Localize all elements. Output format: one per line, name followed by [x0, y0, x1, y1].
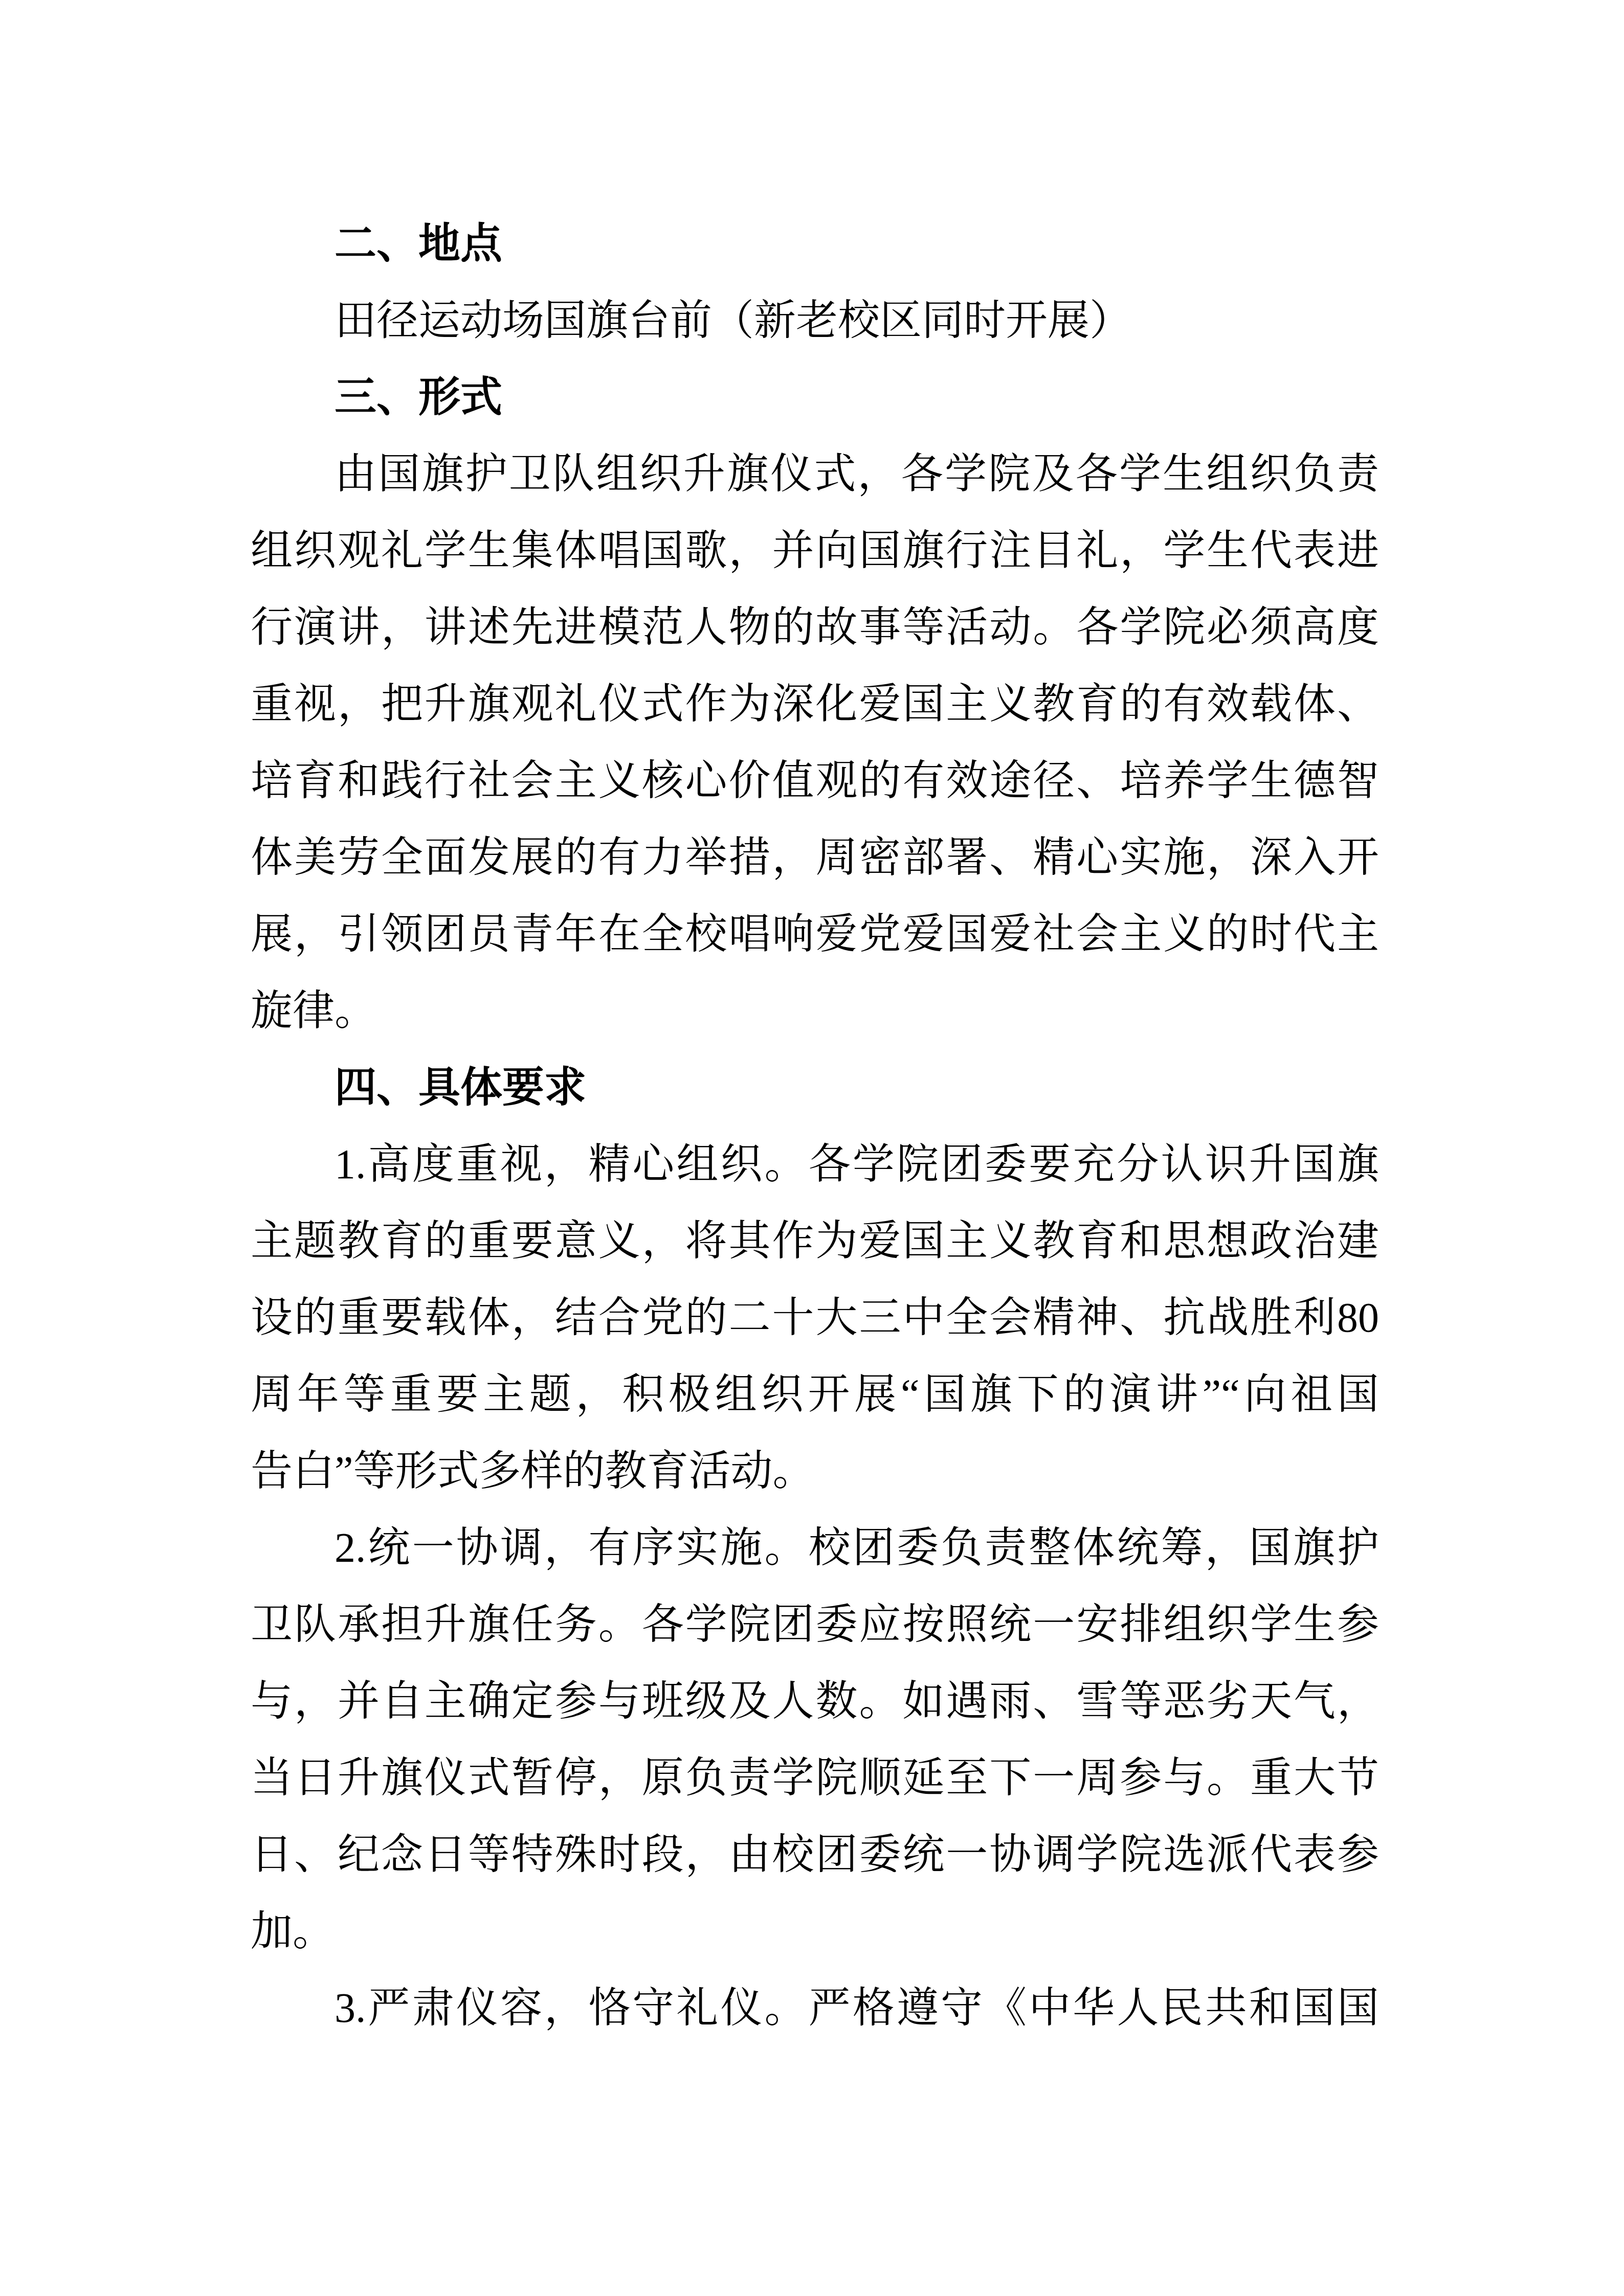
- text-line: 与，并自主确定参与班级及人数。如遇雨、雪等恶劣天气，: [251, 1663, 1379, 1740]
- text-line: 当日升旗仪式暂停，原负责学院顺延至下一周参与。重大节: [251, 1740, 1379, 1816]
- text-line: 组织观礼学生集体唱国歌，并向国旗行注目礼，学生代表进: [251, 512, 1379, 589]
- document-page: 二、地点田径运动场国旗台前（新老校区同时开展）三、形式由国旗护卫队组织升旗仪式，…: [0, 0, 1624, 2296]
- text-line: 设的重要载体，结合党的二十大三中全会精神、抗战胜利80: [251, 1279, 1379, 1356]
- text-line: 旋律。: [251, 973, 1379, 1049]
- text-line: 1.高度重视，精心组织。各学院团委要充分认识升国旗: [251, 1126, 1379, 1203]
- text-line: 行演讲，讲述先进模范人物的故事等活动。各学院必须高度: [251, 589, 1379, 666]
- text-line: 培育和践行社会主义核心价值观的有效途径、培养学生德智: [251, 742, 1379, 819]
- text-line: 告白”等形式多样的教育活动。: [251, 1433, 1379, 1510]
- text-line: 卫队承担升旗任务。各学院团委应按照统一安排组织学生参: [251, 1586, 1379, 1663]
- section-heading: 二、地点: [251, 206, 1379, 282]
- text-line: 加。: [251, 1893, 1379, 1970]
- text-line: 由国旗护卫队组织升旗仪式，各学院及各学生组织负责: [251, 436, 1379, 512]
- text-line: 主题教育的重要意义，将其作为爱国主义教育和思想政治建: [251, 1203, 1379, 1279]
- text-block: 二、地点田径运动场国旗台前（新老校区同时开展）三、形式由国旗护卫队组织升旗仪式，…: [251, 206, 1379, 2046]
- text-line: 重视，把升旗观礼仪式作为深化爱国主义教育的有效载体、: [251, 666, 1379, 742]
- section-heading: 四、具体要求: [251, 1049, 1379, 1126]
- text-line: 2.统一协调，有序实施。校团委负责整体统筹，国旗护: [251, 1510, 1379, 1586]
- section-heading: 三、形式: [251, 359, 1379, 436]
- text-line: 周年等重要主题，积极组织开展“国旗下的演讲”“向祖国: [251, 1356, 1379, 1433]
- text-line: 体美劳全面发展的有力举措，周密部署、精心实施，深入开: [251, 819, 1379, 896]
- text-line: 田径运动场国旗台前（新老校区同时开展）: [251, 282, 1379, 359]
- text-line: 3.严肃仪容，恪守礼仪。严格遵守《中华人民共和国国: [251, 1970, 1379, 2046]
- text-line: 日、纪念日等特殊时段，由校团委统一协调学院选派代表参: [251, 1816, 1379, 1893]
- text-line: 展，引领团员青年在全校唱响爱党爱国爱社会主义的时代主: [251, 896, 1379, 973]
